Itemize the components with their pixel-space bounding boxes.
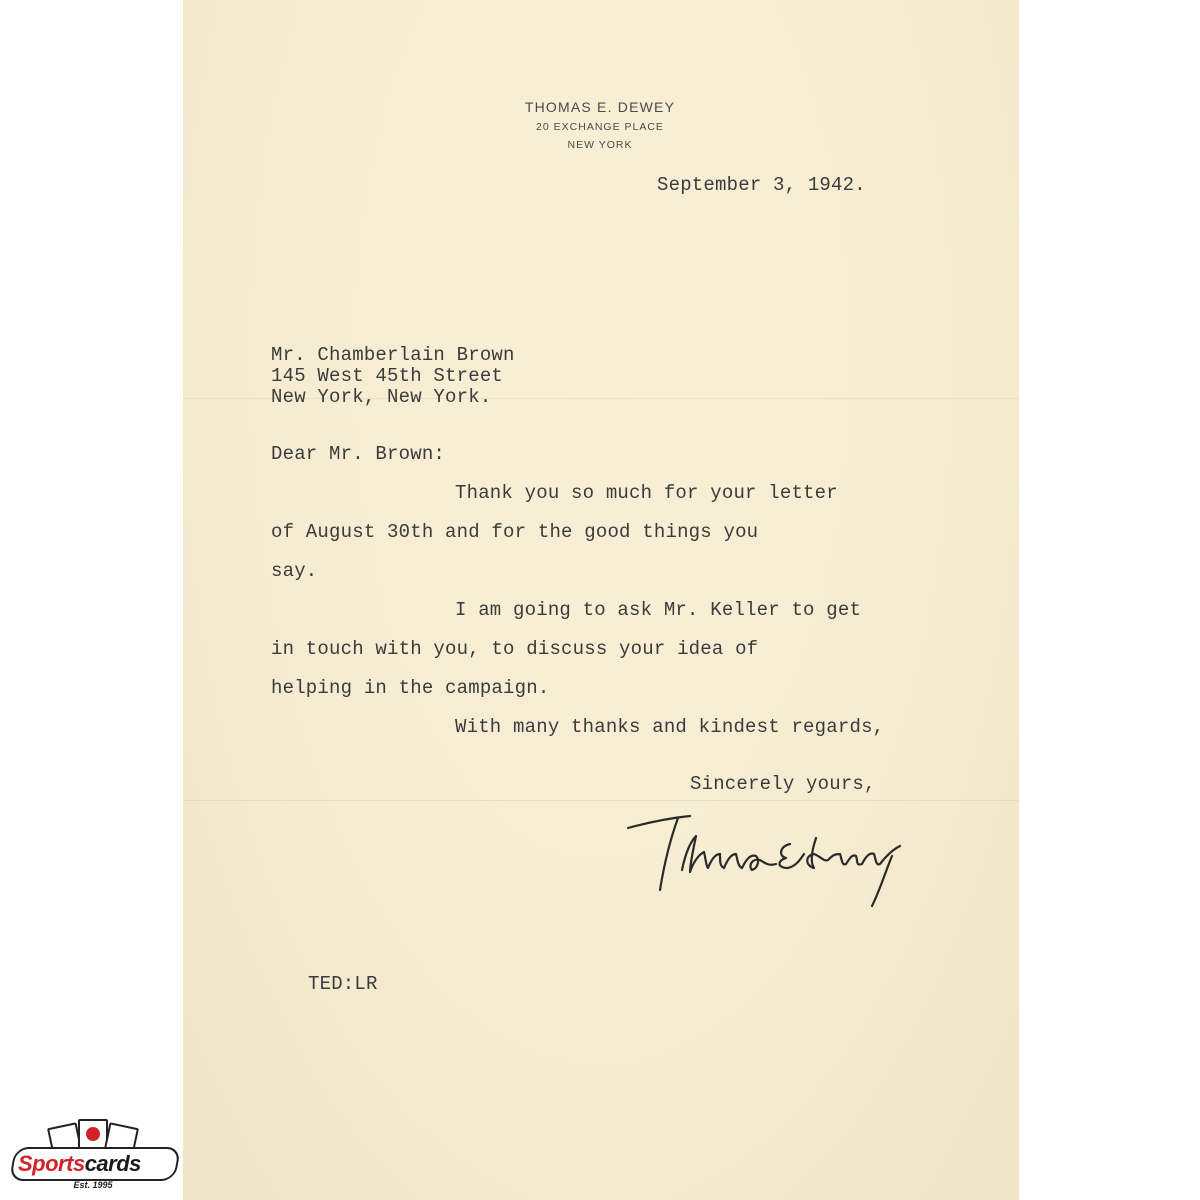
letter-date: September 3, 1942. (657, 176, 866, 195)
body-line: helping in the campaign. (271, 679, 549, 698)
letterhead-name: THOMAS E. DEWEY (0, 96, 1200, 118)
logo-established: Est. 1995 (8, 1180, 178, 1190)
letterhead: THOMAS E. DEWEY 20 EXCHANGE PLACE NEW YO… (0, 96, 1200, 154)
body-line: Thank you so much for your letter (455, 484, 838, 503)
recipient-street: 145 West 45th Street (271, 367, 503, 386)
paper-fold (183, 800, 1019, 801)
letterhead-address-line2: NEW YORK (0, 136, 1200, 154)
typist-initials: TED:LR (308, 975, 378, 994)
body-line: say. (271, 562, 317, 581)
logo-wordmark: Sportscards (18, 1151, 141, 1177)
sportscards-logo: Sportscards Est. 1995 (8, 1125, 178, 1195)
body-line: I am going to ask Mr. Keller to get (455, 601, 861, 620)
recipient-name: Mr. Chamberlain Brown (271, 346, 515, 365)
closing: Sincerely yours, (690, 775, 876, 794)
signature (620, 810, 950, 910)
salutation: Dear Mr. Brown: (271, 445, 445, 464)
recipient-city: New York, New York. (271, 388, 491, 407)
body-line: of August 30th and for the good things y… (271, 523, 758, 542)
body-line: With many thanks and kindest regards, (455, 718, 884, 737)
letterhead-address-line1: 20 EXCHANGE PLACE (0, 118, 1200, 136)
body-line: in touch with you, to discuss your idea … (271, 640, 758, 659)
